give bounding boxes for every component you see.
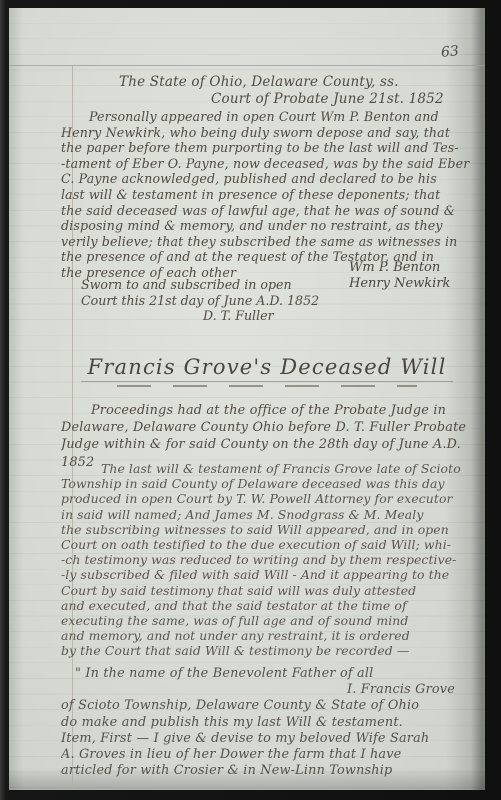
caption-court-line: The State of Ohio, Delaware County, ss. (61, 74, 473, 91)
text-line: A. Groves in lieu of her Dower the farm … (61, 747, 473, 763)
text-line: the said deceased was of lawful age, tha… (61, 203, 473, 219)
grove-order-paragraph: The last will & testament of Francis Gro… (61, 461, 473, 659)
text-line: by the Court that said Will & testimony … (61, 643, 473, 658)
text-line: the subscribing witnesses to said Will a… (61, 522, 473, 537)
grove-entry-heading: Francis Grove's Deceased Will (61, 355, 473, 387)
text-line: articled for with Crosier & in New-Linn … (61, 763, 473, 779)
testator-name: I. Francis Grove (61, 682, 473, 698)
title-flourish-underline (117, 385, 417, 387)
text-line: do make and publish this my last Will & … (61, 715, 473, 731)
text-line: -ch testimony was reduced to writing and… (61, 552, 473, 567)
text-line: Court on oath testified to the due execu… (61, 537, 473, 552)
text-line: Item, First — I give & devise to my belo… (61, 731, 473, 747)
text-line: C. Payne acknowledged, published and dec… (61, 171, 473, 187)
text-line: Henry Newkirk, who being duly sworn depo… (61, 125, 473, 141)
text-line: executing the same, was of full age and … (61, 613, 473, 628)
text-line: last will & testament in presence of the… (61, 187, 473, 203)
witness-signature: Henry Newkirk (349, 276, 450, 292)
ledger-page: 63 The State of Ohio, Delaware County, s… (9, 8, 485, 790)
payne-entry-caption: The State of Ohio, Delaware County, ss. … (61, 74, 473, 108)
text-line: -ly subscribed & filed with said Will - … (61, 567, 473, 582)
text-line: produced in open Court by T. W. Powell A… (61, 491, 473, 506)
text-line: Township in said County of Delaware dece… (61, 476, 473, 491)
header-rule-line (9, 65, 485, 66)
page-number: 63 (440, 43, 459, 61)
witness-signature: Wm P. Benton (349, 260, 450, 276)
text-line: verily believe; that they subscribed the… (61, 234, 473, 250)
judge-signature: D. T. Fuller (81, 308, 319, 324)
payne-entry-body: Personally appeared in open Court Wm P. … (61, 109, 473, 281)
text-line: the paper before them purporting to be t… (61, 140, 473, 156)
sworn-attestation: Sworn to and subscribed in open Court th… (81, 277, 319, 324)
text-line: Court this 21st day of June A.D. 1852 (81, 293, 319, 309)
text-line: Personally appeared in open Court Wm P. … (61, 109, 473, 125)
entry-title: Francis Grove's Deceased Will (81, 355, 452, 382)
caption-date-line: Court of Probate June 21st. 1852 (61, 91, 473, 108)
text-line: and executed, and that the said testator… (61, 598, 473, 613)
text-line: Judge within & for said County on the 28… (61, 436, 473, 453)
text-line: and memory, and not under any restraint,… (61, 628, 473, 643)
text-line: Court by said testimony that said will w… (61, 583, 473, 598)
text-line: disposing mind & memory, and under no re… (61, 218, 473, 234)
text-line: -tament of Eber O. Payne, now deceased, … (61, 156, 473, 172)
text-line: The last will & testament of Francis Gro… (61, 461, 473, 476)
text-line: Delaware, Delaware County Ohio before D.… (61, 419, 473, 436)
text-line: Proceedings had at the office of the Pro… (61, 402, 473, 419)
witness-signatures: Wm P. Benton Henry Newkirk (349, 260, 450, 291)
text-line: Sworn to and subscribed in open (81, 277, 319, 293)
ledger-photo: 63 The State of Ohio, Delaware County, s… (0, 0, 501, 800)
will-opening-line: " In the name of the Benevolent Father o… (61, 666, 473, 682)
text-line: in said will named; And James M. Snodgra… (61, 507, 473, 522)
text-line: of Scioto Township, Delaware County & St… (61, 698, 473, 714)
grove-will-text: " In the name of the Benevolent Father o… (61, 666, 473, 779)
